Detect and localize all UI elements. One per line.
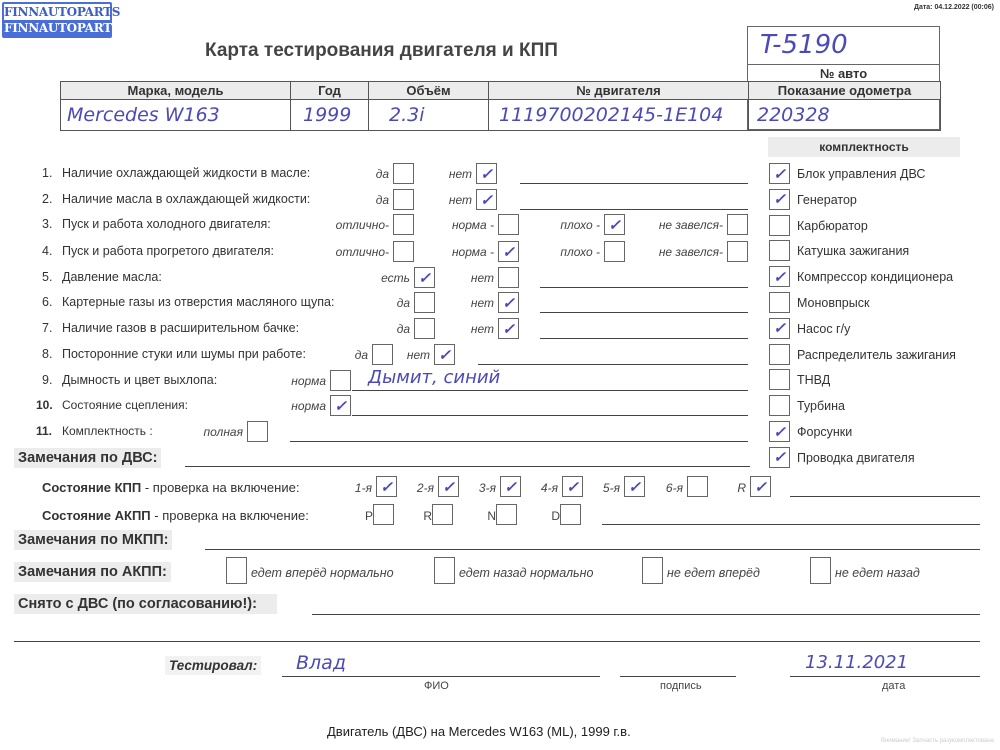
completeness-item-label: Насос г/у xyxy=(797,322,850,336)
table-header-cell: Год xyxy=(290,81,369,100)
date-line[interactable] xyxy=(790,676,980,677)
check-row-label: Посторонние стуки или шумы при работе: xyxy=(62,347,306,361)
footer-note: Внимание! Запчасть разукомплектована xyxy=(881,738,994,744)
gear-checkbox[interactable] xyxy=(687,476,708,497)
check-mark-icon: ✓ xyxy=(499,293,518,312)
table-value-cell: 220328 xyxy=(748,99,941,131)
option-checkbox[interactable]: ✓ xyxy=(604,214,625,235)
check-mark-icon: ✓ xyxy=(770,448,789,467)
akpp-option-label: не едет назад xyxy=(835,566,920,580)
exhaust-note: Дымит, синий xyxy=(368,367,500,388)
completeness-item-label: Блок управления ДВС xyxy=(797,167,925,181)
option-label: нет xyxy=(449,167,472,181)
notes-line[interactable] xyxy=(540,338,748,339)
check-mark-icon: ✓ xyxy=(751,477,770,496)
gear-checkbox[interactable]: ✓ xyxy=(376,476,397,497)
check-row-number: 5. xyxy=(42,270,52,284)
check-row-label: Состояние сцепления: xyxy=(62,398,188,412)
option-label: да xyxy=(397,322,410,336)
check-mark-icon: ✓ xyxy=(770,164,789,183)
gear-label: 6-я xyxy=(666,481,683,495)
completeness-checkbox[interactable]: ✓ xyxy=(769,447,790,468)
check-mark-icon: ✓ xyxy=(499,242,518,261)
tested-by-label: Тестировал: xyxy=(165,656,261,675)
signature-line[interactable] xyxy=(620,676,736,677)
check-row-label: Пуск и работа холодного двигателя: xyxy=(62,217,271,231)
check-mark-icon: ✓ xyxy=(377,477,396,496)
check-mark-icon: ✓ xyxy=(770,422,789,441)
gear-label: 5-я xyxy=(603,481,620,495)
check-mark-icon: ✓ xyxy=(563,477,582,496)
gearbox-auto-line[interactable] xyxy=(602,524,980,525)
signature-caption: подпись xyxy=(660,680,702,692)
completeness-checkbox[interactable]: ✓ xyxy=(769,421,790,442)
gear-checkbox[interactable]: ✓ xyxy=(750,476,771,497)
option-checkbox[interactable]: ✓ xyxy=(434,344,455,365)
removed-label: Снято с ДВС (по согласованию!): xyxy=(14,594,277,614)
check-row-number: 2. xyxy=(42,192,52,206)
gearbox-manual-label-bold: Состояние КПП xyxy=(42,480,141,495)
completeness-checkbox[interactable]: ✓ xyxy=(769,163,790,184)
removed-line-2[interactable] xyxy=(14,641,980,642)
gear-checkbox[interactable] xyxy=(432,504,453,525)
akpp-option-label: не едет вперёд xyxy=(667,566,760,580)
option-checkbox[interactable] xyxy=(727,241,748,262)
gear-checkbox[interactable] xyxy=(373,504,394,525)
check-mark-icon: ✓ xyxy=(415,268,434,287)
check-mark-icon: ✓ xyxy=(331,396,350,415)
completeness-item-label: Проводка двигателя xyxy=(797,451,915,465)
option-label: да xyxy=(355,348,368,362)
gear-label: 1-я xyxy=(355,481,372,495)
notes-line[interactable] xyxy=(520,183,748,184)
notes-line[interactable] xyxy=(520,209,748,210)
option-label: нет xyxy=(407,348,430,362)
gear-checkbox[interactable]: ✓ xyxy=(624,476,645,497)
gear-checkbox[interactable] xyxy=(560,504,581,525)
check-row-label: Давление масла: xyxy=(62,270,162,284)
completeness-item-label: ТНВД xyxy=(797,373,830,387)
check-mark-icon: ✓ xyxy=(435,345,454,364)
check-row-number: 4. xyxy=(42,244,52,258)
table-header-cell: № двигателя xyxy=(488,81,749,100)
akpp-option-checkbox[interactable] xyxy=(226,557,247,584)
option-label: норма - xyxy=(452,218,494,232)
option-checkbox[interactable] xyxy=(247,421,268,442)
table-header-cell: Объём xyxy=(368,81,489,100)
date-caption: дата xyxy=(882,680,905,692)
check-mark-icon: ✓ xyxy=(605,215,624,234)
option-checkbox[interactable] xyxy=(393,163,414,184)
akpp-option-label: едет вперёд нормально xyxy=(251,566,394,580)
check-row-number: 8. xyxy=(42,347,52,361)
completeness-item-label: Компрессор кондиционера xyxy=(797,270,953,284)
option-checkbox[interactable]: ✓ xyxy=(414,267,435,288)
check-row-label: Комплектность : xyxy=(62,424,153,438)
option-checkbox[interactable]: ✓ xyxy=(330,395,351,416)
gear-label: R xyxy=(423,509,432,523)
completeness-item-label: Распределитель зажигания xyxy=(797,348,956,362)
check-mark-icon: ✓ xyxy=(501,477,520,496)
check-mark-icon: ✓ xyxy=(770,190,789,209)
akpp-option-checkbox[interactable] xyxy=(810,557,831,584)
option-checkbox[interactable] xyxy=(372,344,393,365)
check-mark-icon: ✓ xyxy=(770,319,789,338)
option-checkbox[interactable] xyxy=(330,370,351,391)
akpp-option-checkbox[interactable] xyxy=(642,557,663,584)
check-row-label: Дымность и цвет выхлопа: xyxy=(62,373,217,387)
option-checkbox[interactable]: ✓ xyxy=(498,318,519,339)
option-checkbox[interactable]: ✓ xyxy=(498,241,519,262)
gear-label: 4-я xyxy=(541,481,558,495)
notes-line[interactable] xyxy=(478,364,748,365)
gear-label: N xyxy=(487,509,496,523)
table-value-cell: Mercedes W163 xyxy=(60,99,291,131)
notes-line[interactable] xyxy=(352,415,748,416)
gearbox-manual-label-rest: - проверка на включение: xyxy=(141,480,299,495)
check-mark-icon: ✓ xyxy=(439,477,458,496)
table-header-cell: Марка, модель xyxy=(60,81,291,100)
gearbox-auto-label-bold: Состояние АКПП xyxy=(42,508,151,523)
option-checkbox[interactable] xyxy=(414,318,435,339)
page-title: Карта тестирования двигателя и КПП xyxy=(205,40,558,62)
gear-checkbox[interactable]: ✓ xyxy=(500,476,521,497)
check-row-number: 7. xyxy=(42,321,52,335)
check-mark-icon: ✓ xyxy=(499,319,518,338)
notes-line[interactable] xyxy=(540,287,748,288)
option-checkbox[interactable] xyxy=(393,241,414,262)
gear-checkbox[interactable]: ✓ xyxy=(438,476,459,497)
option-checkbox[interactable] xyxy=(498,267,519,288)
gear-label: D xyxy=(551,509,560,523)
option-label: да xyxy=(376,193,389,207)
name-caption: ФИО xyxy=(424,680,449,692)
check-row-label: Наличие газов в расширительном бачке: xyxy=(62,321,299,335)
completeness-checkbox[interactable]: ✓ xyxy=(769,266,790,287)
check-mark-icon: ✓ xyxy=(477,190,496,209)
option-label: плохо - xyxy=(560,218,600,232)
gearbox-manual-line[interactable] xyxy=(790,496,980,497)
check-row-label: Пуск и работа прогретого двигателя: xyxy=(62,244,274,258)
table-header-cell: Показание одометра xyxy=(748,81,941,100)
completeness-checkbox[interactable]: ✓ xyxy=(769,318,790,339)
check-row-number: 1. xyxy=(42,166,52,180)
auto-number-value: T-5190 xyxy=(760,30,848,60)
table-value-cell: 1999 xyxy=(290,99,369,131)
datestamp: Дата: 04.12.2022 (00:06) xyxy=(914,4,994,11)
completeness-item-label: Моновпрыск xyxy=(797,296,869,310)
check-mark-icon: ✓ xyxy=(770,267,789,286)
option-label: да xyxy=(397,296,410,310)
option-label: да xyxy=(376,167,389,181)
option-checkbox[interactable] xyxy=(498,214,519,235)
notes-line[interactable] xyxy=(290,441,748,442)
completeness-checkbox[interactable] xyxy=(769,240,790,261)
check-row-number: 9. xyxy=(42,373,52,387)
check-row-number: 3. xyxy=(42,217,52,231)
image-caption: Двигатель (ДВС) на Mercedes W163 (ML), 1… xyxy=(327,724,631,739)
gearbox-auto-label-rest: - проверка на включение: xyxy=(151,508,309,523)
notes-line[interactable] xyxy=(352,390,748,391)
completeness-item-label: Турбина xyxy=(797,399,845,413)
option-label: плохо - xyxy=(560,245,600,259)
option-label: отлично- xyxy=(336,245,389,259)
watermark-line-1: FINNAUTOPARTS xyxy=(4,4,110,20)
completeness-checkbox[interactable]: ✓ xyxy=(769,189,790,210)
gear-checkbox[interactable]: ✓ xyxy=(562,476,583,497)
option-label: норма xyxy=(291,374,326,388)
check-mark-icon: ✓ xyxy=(625,477,644,496)
completeness-title: комплектность xyxy=(768,137,960,157)
check-row-label: Наличие охлаждающей жидкости в масле: xyxy=(62,166,310,180)
table-value-cell: 1119700202145-1E104 xyxy=(488,99,749,131)
option-label: есть xyxy=(381,271,410,285)
option-label: норма xyxy=(291,399,326,413)
table-value-cell: 2.3i xyxy=(368,99,489,131)
option-checkbox[interactable]: ✓ xyxy=(476,163,497,184)
remarks-manual-line[interactable] xyxy=(205,549,980,550)
option-checkbox[interactable] xyxy=(393,189,414,210)
tested-by-name: Влад xyxy=(296,652,346,674)
check-row-number: 6. xyxy=(42,295,52,309)
completeness-checkbox[interactable] xyxy=(769,344,790,365)
watermark-logo: FINNAUTOPARTS FINNAUTOPARTS xyxy=(2,2,112,38)
gear-checkbox[interactable] xyxy=(496,504,517,525)
akpp-option-label: едет назад нормально xyxy=(459,566,593,580)
option-label: отлично- xyxy=(336,218,389,232)
option-checkbox[interactable]: ✓ xyxy=(498,292,519,313)
remarks-auto-label: Замечания по АКПП: xyxy=(14,562,171,582)
option-label: нет xyxy=(471,322,494,336)
gear-label: R xyxy=(737,481,746,495)
completeness-checkbox[interactable] xyxy=(769,395,790,416)
remarks-engine-label: Замечания по ДВС: xyxy=(14,448,161,468)
removed-line[interactable] xyxy=(312,614,980,615)
remarks-manual-label: Замечания по МКПП: xyxy=(14,530,172,550)
option-checkbox[interactable] xyxy=(414,292,435,313)
completeness-item-label: Катушка зажигания xyxy=(797,244,909,258)
option-checkbox[interactable] xyxy=(727,214,748,235)
gear-label: 3-я xyxy=(479,481,496,495)
option-label: не завелся- xyxy=(659,218,723,232)
option-label: нет xyxy=(471,296,494,310)
notes-line[interactable] xyxy=(540,312,748,313)
option-label: полная xyxy=(204,425,243,439)
option-label: норма - xyxy=(452,245,494,259)
option-checkbox[interactable]: ✓ xyxy=(476,189,497,210)
check-mark-icon: ✓ xyxy=(477,164,496,183)
completeness-checkbox[interactable] xyxy=(769,292,790,313)
completeness-item-label: Генератор xyxy=(797,193,857,207)
akpp-option-checkbox[interactable] xyxy=(434,557,455,584)
completeness-item-label: Форсунки xyxy=(797,425,852,439)
option-checkbox[interactable] xyxy=(393,214,414,235)
gearbox-manual-label: Состояние КПП - проверка на включение: xyxy=(42,480,299,495)
watermark-line-2: FINNAUTOPARTS xyxy=(4,20,110,36)
check-row-label: Наличие масла в охлаждающей жидкости: xyxy=(62,192,310,206)
completeness-checkbox[interactable] xyxy=(769,215,790,236)
test-date: 13.11.2021 xyxy=(805,652,908,673)
gearbox-auto-label: Состояние АКПП - проверка на включение: xyxy=(42,508,309,523)
option-checkbox[interactable] xyxy=(604,241,625,262)
name-line[interactable] xyxy=(282,676,600,677)
gear-label: P xyxy=(365,509,373,523)
completeness-item-label: Карбюратор xyxy=(797,219,868,233)
auto-number-label: № авто xyxy=(748,64,939,81)
option-label: не завелся- xyxy=(659,245,723,259)
check-row-label: Картерные газы из отверстия масляного щу… xyxy=(62,295,334,309)
option-label: нет xyxy=(471,271,494,285)
check-row-number: 10. xyxy=(36,398,53,412)
completeness-checkbox[interactable] xyxy=(769,369,790,390)
check-row-number: 11. xyxy=(36,424,52,438)
remarks-engine-line[interactable] xyxy=(185,466,750,467)
gear-label: 2-я xyxy=(417,481,434,495)
option-label: нет xyxy=(449,193,472,207)
